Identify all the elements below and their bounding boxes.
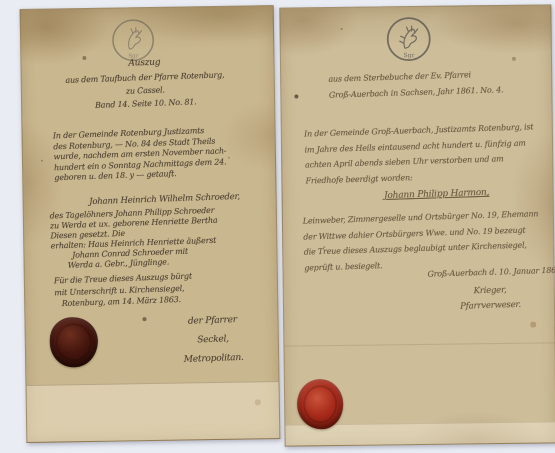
deceased-name: Johann Philipp Harmon, — [384, 188, 490, 201]
closing-paragraph: Für die Treue dieses Auszugs bürgtmit Un… — [54, 271, 193, 310]
signature-block: der PfarrerSeckel,Metropolitan. — [157, 310, 269, 371]
signature-block: Krieger,Pfarrverweser. — [435, 282, 546, 315]
baptized-name: Johann Heinrich Wilhelm Schroeder, — [89, 192, 240, 207]
body-paragraph-2: Leinweber, Zimmergeselle und Ortsbürger … — [303, 206, 540, 275]
photograph-of-two-documents: Sgr Auszug aus dem Taufbuch der Pfarre R… — [0, 0, 555, 453]
body-paragraph-1: In der Gemeinde Rotenburg Justizamtsdes … — [53, 125, 228, 184]
register-reference: aus dem Taufbuch der Pfarre Rotenburg,zu… — [19, 67, 272, 115]
handwriting-left: Auszug aus dem Taufbuch der Pfarre Roten… — [17, 4, 284, 445]
register-reference: aus dem Sterbebuche der Ev. PfarreiGroß-… — [328, 66, 504, 103]
document-left: Sgr Auszug aus dem Taufbuch der Pfarre R… — [20, 5, 281, 443]
wax-seal-red — [297, 379, 344, 430]
handwritten-line: Pfarrverweser. — [435, 297, 545, 315]
handwritten-line: Metropolitan. — [158, 348, 269, 371]
body-paragraph-2: des Tagelöhners Johann Philipp Schroeder… — [50, 206, 220, 272]
body-paragraph-1: In der Gemeinde Groß-Auerbach, Justizamt… — [304, 119, 535, 188]
document-right: Sgr aus dem Sterbebuche der Ev. PfarreiG… — [279, 4, 555, 446]
